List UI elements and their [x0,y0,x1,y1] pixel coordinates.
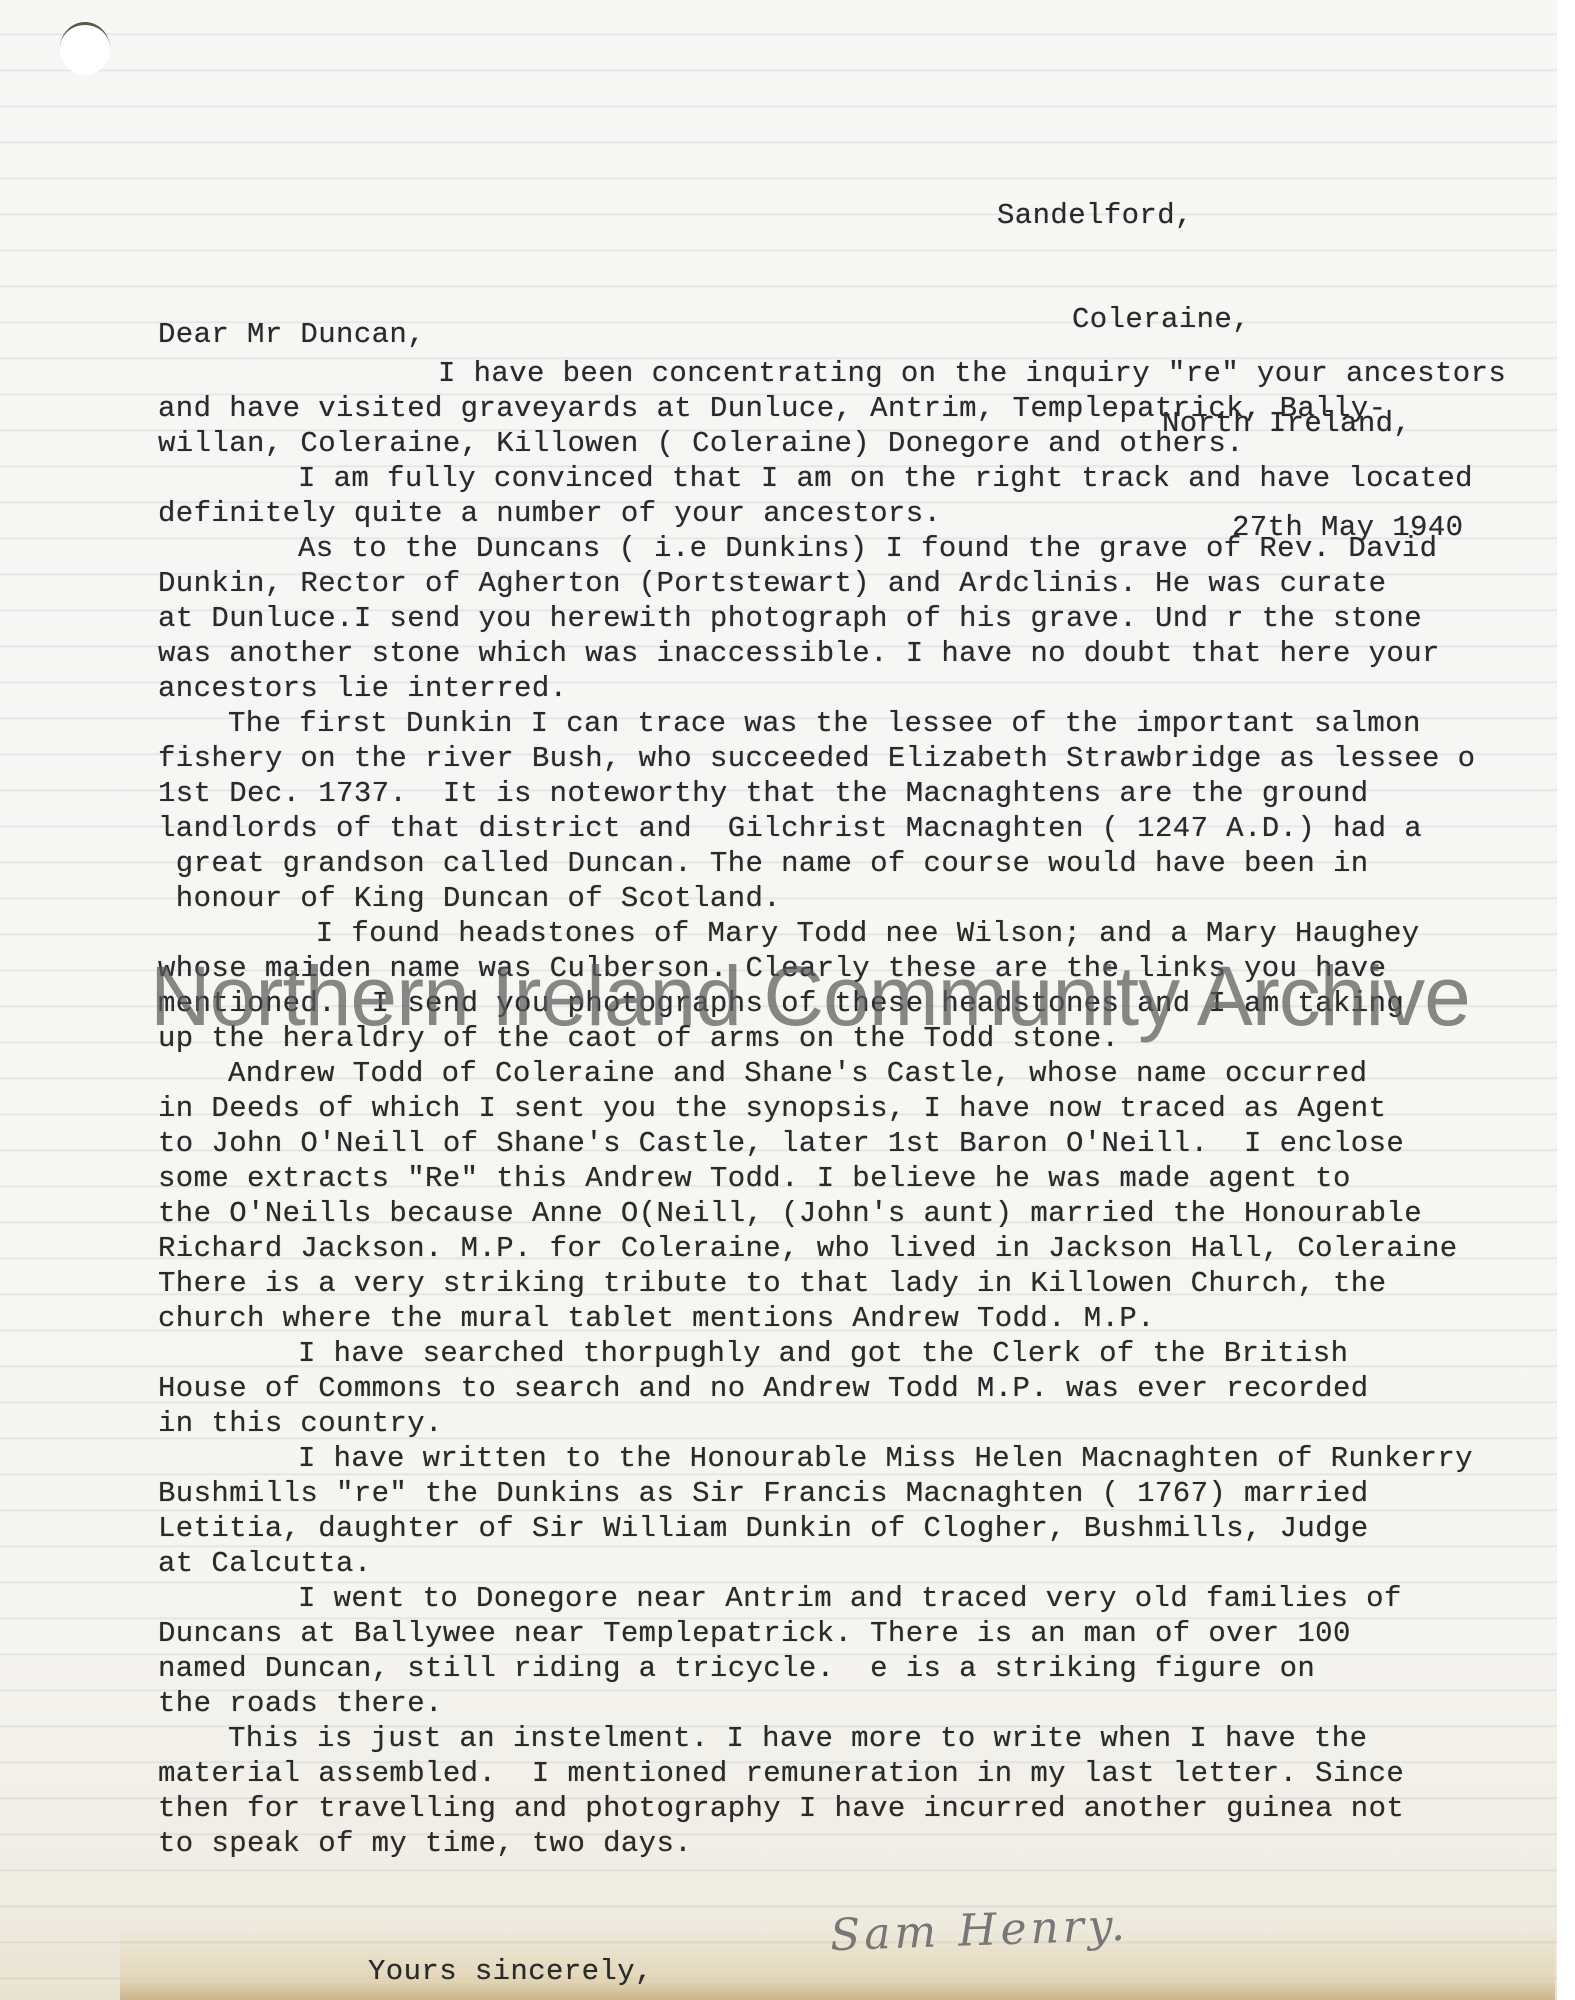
letter-line: landlords of that district and Gilchrist… [158,812,1506,847]
letter-line: Letitia, daughter of Sir William Dunkin … [158,1512,1506,1547]
handwritten-signature: Sam Henry. [829,1900,1129,1961]
letter-line: honour of King Duncan of Scotland. [158,882,1506,917]
letter-line: Duncans at Ballywee near Templepatrick. … [158,1617,1506,1652]
letter-line: As to the Duncans ( i.e Dunkins) I found… [158,532,1506,567]
letter-line: ancestors lie interred. [158,672,1506,707]
letter-line: named Duncan, still riding a tricycle. e… [158,1652,1506,1687]
letter-line: I have written to the Honourable Miss He… [158,1442,1506,1477]
archive-watermark: Northern Ireland Community Archive [150,948,1470,1045]
letter-line: to John O'Neill of Shane's Castle, later… [158,1127,1506,1162]
address-line: Coleraine, [1072,302,1463,338]
letter-line: the roads there. [158,1687,1506,1722]
letter-line: There is a very striking tribute to that… [158,1267,1506,1302]
letter-line: I found headstones of Mary Todd nee Wils… [158,917,1506,952]
letter-body: I have been concentrating on the inquiry… [158,357,1506,1862]
letter-line: some extracts "Re" this Andrew Todd. I b… [158,1162,1506,1197]
letter-line: I am fully convinced that I am on the ri… [158,462,1506,497]
letter-line: in this country. [158,1407,1506,1442]
letter-line: at Calcutta. [158,1547,1506,1582]
letter-line: 1st Dec. 1737. It is noteworthy that the… [158,777,1506,812]
letter-line: and have visited graveyards at Dunluce, … [158,392,1506,427]
letter-line: great grandson called Duncan. The name o… [158,847,1506,882]
letter-line: material assembled. I mentioned remunera… [158,1757,1506,1792]
address-line: Sandelford, [997,198,1463,234]
letter-line: in Deeds of which I sent you the synopsi… [158,1092,1506,1127]
letter-line: Bushmills "re" the Dunkins as Sir Franci… [158,1477,1506,1512]
letter-line: The first Dunkin I can trace was the les… [158,707,1506,742]
letter-line: House of Commons to search and no Andrew… [158,1372,1506,1407]
letter-line: This is just an instelment. I have more … [158,1722,1506,1757]
letter-line: church where the mural tablet mentions A… [158,1302,1506,1337]
letter-line: I have searched thorpughly and got the C… [158,1337,1506,1372]
letter-line: Dunkin, Rector of Agherton (Portstewart)… [158,567,1506,602]
signoff: Yours sincerely, [368,1955,653,1989]
letter-line: Andrew Todd of Coleraine and Shane's Cas… [158,1057,1506,1092]
letter-line: definitely quite a number of your ancest… [158,497,1506,532]
letter-line: I have been concentrating on the inquiry… [158,357,1506,392]
letter-line: the O'Neills because Anne O(Neill, (John… [158,1197,1506,1232]
letter-line: I went to Donegore near Antrim and trace… [158,1582,1506,1617]
letter-line: then for travelling and photography I ha… [158,1792,1506,1827]
letter-line: to speak of my time, two days. [158,1827,1506,1862]
letter-line: fishery on the river Bush, who succeeded… [158,742,1506,777]
letter-line: was another stone which was inaccessible… [158,637,1506,672]
letter-line: at Dunluce.I send you herewith photograp… [158,602,1506,637]
letter-line: willan, Coleraine, Killowen ( Coleraine)… [158,427,1506,462]
scan-margin [1557,0,1575,2000]
letter-line: Richard Jackson. M.P. for Coleraine, who… [158,1232,1506,1267]
salutation: Dear Mr Duncan, [158,318,425,352]
punch-hole [60,22,110,75]
